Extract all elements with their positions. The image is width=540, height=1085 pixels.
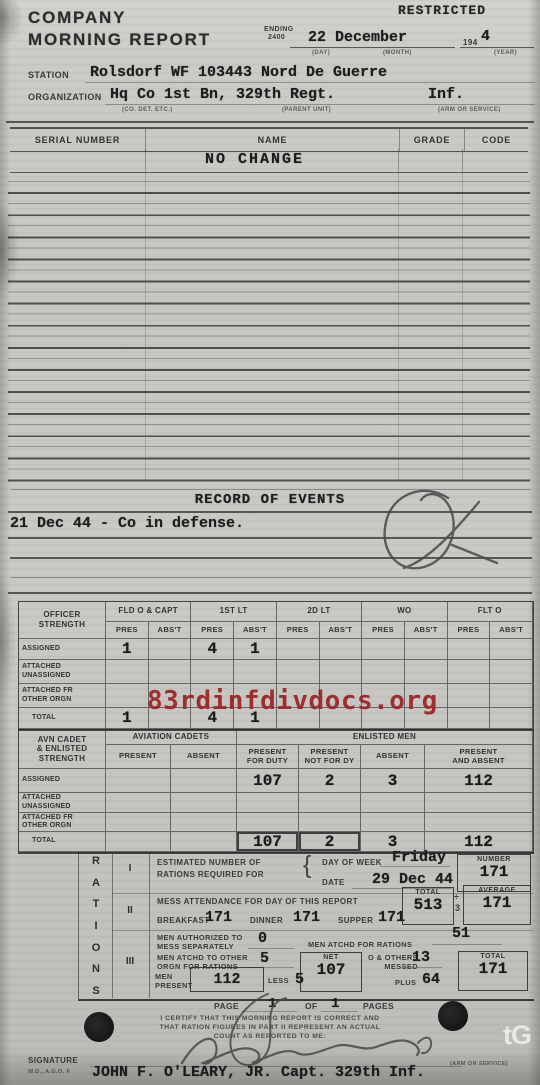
officer-strength-cell (490, 684, 533, 708)
page-number: 1 (268, 996, 276, 1012)
atchd-for-rations-label: MEN ATCHD FOR RATIONS (308, 940, 412, 949)
column-divider (462, 149, 463, 172)
year-rule (460, 47, 534, 48)
organization-rule (105, 104, 535, 105)
estimated-label-2: RATIONS REQUIRED FOR (157, 870, 264, 879)
officer-strength-cell (234, 660, 277, 684)
plus-value: 64 (422, 971, 440, 988)
less-label: LESS (268, 976, 289, 985)
rule-line (10, 577, 532, 578)
officer-strength-header: OFFICER STRENGTH (19, 602, 106, 639)
column-header-code: CODE (465, 129, 528, 151)
net-box: NET 107 (300, 952, 362, 992)
cadet-subcol-header: PRESENT NOT FOR DY (299, 745, 361, 769)
header-separator (6, 121, 534, 123)
divide-sign: ÷ (454, 892, 459, 902)
org-sub-co: (CO. DET. ETC.) (122, 107, 173, 113)
officer-strength-cell (277, 660, 320, 684)
day-of-week-label: DAY OF WEEK (322, 858, 382, 867)
atchd-other-orgn-value: 5 (260, 950, 269, 967)
column-header-name: NAME (146, 129, 400, 151)
column-divider (462, 172, 463, 482)
site-watermark: 83rdinfdivdocs.org (147, 686, 438, 716)
rule-line (10, 557, 532, 559)
part-ii-numeral: II (112, 905, 148, 916)
blank-roster-lines (8, 172, 530, 482)
others-messed-label: O & OTHERS MESSED (368, 953, 418, 972)
officer-strength-cell: 1 (106, 639, 149, 660)
estimated-label-1: ESTIMATED NUMBER OF (157, 858, 261, 867)
cadet-row-label: ATTACHED UNASSIGNED (19, 793, 106, 813)
column-header-grade: GRADE (400, 129, 465, 151)
auth-mess-value: 0 (258, 930, 267, 947)
net-label: NET (323, 953, 339, 961)
cadet-enlisted-cell (171, 769, 237, 793)
officer-group-header: WO (362, 602, 447, 622)
officer-strength-cell (191, 660, 234, 684)
month-sublabel: (MONTH) (383, 50, 412, 56)
side-letter: N (92, 963, 100, 975)
side-letter: O (92, 942, 101, 954)
column-header-serial: SERIAL NUMBER (10, 129, 146, 151)
cadet-row-label: ASSIGNED (19, 769, 106, 793)
side-letter: S (92, 985, 99, 997)
rule-line (10, 489, 530, 490)
officer-strength-cell (320, 639, 363, 660)
officer-strength-cell (405, 660, 448, 684)
restricted-stamp: RESTRICTED (398, 3, 486, 18)
of-label: OF (305, 1001, 318, 1011)
brace-glyph: { (303, 851, 312, 880)
roster-entry: NO CHANGE (205, 151, 304, 168)
officer-subcol-header: PRES (106, 622, 149, 639)
less-value: 5 (295, 971, 304, 988)
column-divider (398, 149, 399, 172)
report-date: 22 December (308, 29, 407, 46)
officer-strength-cell (448, 684, 491, 708)
cadet-enlisted-cell: 2 (299, 832, 361, 852)
enlisted-men-header: ENLISTED MEN (237, 730, 533, 745)
ending-time: 2400 (268, 34, 285, 41)
officer-row-label: TOTAL (19, 708, 106, 729)
cadet-subcol-header: PRESENT FOR DUTY (237, 745, 299, 769)
officer-strength-cell: 4 (191, 639, 234, 660)
punch-hole-left (84, 1012, 114, 1042)
cadet-enlisted-cell (106, 769, 171, 793)
mess-attendance-title: MESS ATTENDANCE FOR DAY OF THIS REPORT (157, 897, 358, 906)
divisor: 3 (455, 903, 460, 913)
form-reference: W.D., A.G.O. F (28, 1069, 70, 1075)
others-messed-value: 13 (412, 949, 430, 966)
cadet-enlisted-cell (299, 793, 361, 813)
officer-group-header: 1ST LT (191, 602, 276, 622)
side-letter: R (92, 855, 100, 867)
cadet-enlisted-cell (106, 832, 171, 852)
officer-group-header: 2D LT (277, 602, 362, 622)
form-title-line2: MORNING REPORT (28, 30, 211, 50)
officer-strength-cell (490, 660, 533, 684)
organization-value: Hq Co 1st Bn, 329th Regt. (110, 86, 335, 103)
rule-line (8, 592, 532, 594)
officer-group-header: FLT O (448, 602, 533, 622)
cadet-subcol-header: ABSENT (171, 745, 237, 769)
men-present-box: 112 (190, 967, 264, 992)
day-sublabel: (DAY) (312, 50, 330, 56)
date-label: DATE (322, 878, 345, 887)
org-sub-parent: (PARENT UNIT) (282, 107, 331, 113)
corner-logo-watermark: tG (503, 1020, 531, 1051)
average-box: AVERAGE 171 (463, 885, 531, 925)
cadet-subcol-header: ABSENT (361, 745, 425, 769)
breakfast-label: BREAKFAST (157, 916, 210, 925)
officer-row-label: ATTACHED UNASSIGNED (19, 660, 106, 684)
ending-label: ENDING (264, 26, 294, 33)
page-label: PAGE (214, 1001, 239, 1011)
average-value: 171 (483, 894, 512, 912)
year-typed: 4 (481, 28, 490, 45)
record-of-events-entry: 21 Dec 44 - Co in defense. (10, 515, 244, 532)
morning-report-document: COMPANY MORNING REPORT RESTRICTED ENDING… (0, 0, 540, 1085)
officer-subcol-header: PRES (191, 622, 234, 639)
officer-strength-cell (149, 639, 192, 660)
men-present-label: MEN PRESENT (155, 972, 193, 991)
officer-strength-cell (362, 660, 405, 684)
officer-subcol-header: ABS'T (320, 622, 363, 639)
cadet-enlisted-table: AVN CADET & ENLISTED STRENGTHAVIATION CA… (18, 729, 534, 854)
officer-subcol-header: ABS'T (234, 622, 277, 639)
officer-subcol-header: ABS'T (490, 622, 533, 639)
cadet-enlisted-cell (361, 793, 425, 813)
pages-number: 1 (331, 996, 339, 1012)
rule-line (8, 511, 532, 513)
officer-strength-cell (448, 708, 491, 729)
rule-line (242, 1011, 297, 1012)
pages-label: PAGES (363, 1001, 394, 1011)
rations-total-label: TOTAL (480, 952, 505, 960)
officer-strength-cell (448, 660, 491, 684)
column-divider (398, 172, 399, 482)
cadet-enlisted-cell (425, 813, 533, 832)
typed-signature-name: JOHN F. O'LEARY, JR. Capt. 329th Inf. (92, 1064, 425, 1081)
breakfast-value: 171 (205, 909, 232, 926)
officer-strength-cell (149, 660, 192, 684)
officer-subcol-header: ABS'T (405, 622, 448, 639)
cadet-enlisted-cell (106, 813, 171, 832)
officer-strength-cell (490, 639, 533, 660)
supper-label: SUPPER (338, 916, 373, 925)
cadet-enlisted-header: AVN CADET & ENLISTED STRENGTH (19, 730, 106, 769)
officer-group-header: FLD O & CAPT (106, 602, 191, 622)
number-label: NUMBER (477, 855, 511, 863)
cadet-enlisted-cell (171, 813, 237, 832)
cadet-enlisted-cell: 107 (237, 769, 299, 793)
punch-hole-right (438, 1001, 468, 1031)
signature-label: SIGNATURE (28, 1056, 78, 1065)
officer-strength-cell (362, 639, 405, 660)
rule-line (248, 948, 294, 949)
officer-subcol-header: PRES (362, 622, 405, 639)
organization-label: ORGANIZATION (28, 92, 102, 102)
average-label: AVERAGE (478, 886, 516, 894)
cadet-enlisted-cell (425, 793, 533, 813)
cadet-enlisted-cell (171, 793, 237, 813)
officer-subcol-header: ABS'T (149, 622, 192, 639)
form-title-line1: COMPANY (28, 8, 126, 28)
events-pen-tail (452, 545, 497, 563)
officer-strength-cell (277, 639, 320, 660)
rations-side-label: R A T I O N S (80, 855, 112, 997)
dinner-value: 171 (293, 909, 320, 926)
cadet-enlisted-cell: 3 (361, 769, 425, 793)
rations-total-box: TOTAL 171 (458, 951, 528, 991)
net-value: 107 (317, 961, 346, 979)
plus-label: PLUS (395, 978, 416, 987)
part-i-numeral: I (112, 863, 148, 874)
officer-strength-cell (405, 639, 448, 660)
auth-mess-label: MEN AUTHORIZED TO MESS SEPARATELY (157, 933, 243, 952)
rule-line (8, 537, 532, 539)
column-divider (145, 172, 146, 482)
roster-entry-row: NO CHANGE (10, 149, 528, 173)
handwritten-signature (182, 1039, 419, 1064)
rule-line (400, 967, 442, 968)
side-letter: I (94, 920, 97, 932)
rations-date-value: 29 Dec 44 (372, 871, 453, 888)
side-letter: T (93, 898, 100, 910)
part-iii-numeral: III (112, 956, 148, 967)
organization-service: Inf. (428, 86, 464, 103)
cadet-enlisted-cell (299, 813, 361, 832)
officer-strength-cell (106, 684, 149, 708)
officer-subcol-header: PRES (277, 622, 320, 639)
date-rule (290, 47, 455, 48)
rule-line (380, 866, 450, 867)
dinner-label: DINNER (250, 916, 283, 925)
aviation-cadets-header: AVIATION CADETS (106, 730, 237, 745)
atchd-for-rations-value: 51 (452, 925, 470, 942)
station-label: STATION (28, 70, 69, 80)
cadet-enlisted-cell (171, 832, 237, 852)
officer-strength-cell (490, 708, 533, 729)
supper-value: 171 (378, 909, 405, 926)
cadet-enlisted-cell (237, 813, 299, 832)
cadet-enlisted-cell (237, 793, 299, 813)
cadet-subcol-header: PRESENT (106, 745, 171, 769)
officer-strength-cell (106, 660, 149, 684)
officer-strength-cell (448, 639, 491, 660)
cadet-enlisted-cell: 107 (237, 832, 299, 852)
cadet-enlisted-cell: 2 (299, 769, 361, 793)
mess-total-box: TOTAL 513 (402, 887, 454, 925)
cadet-enlisted-cell (361, 813, 425, 832)
year-sublabel: (YEAR) (494, 50, 517, 56)
officer-strength-cell: 1 (106, 708, 149, 729)
officer-strength-cell: 1 (234, 639, 277, 660)
arm-service-sublabel: (ARM OR SERVICE) (450, 1061, 508, 1067)
officer-subcol-header: PRES (448, 622, 491, 639)
station-rule (85, 82, 535, 83)
rations-total-value: 171 (479, 960, 508, 978)
number-value: 171 (480, 863, 509, 881)
officer-row-label: ATTACHED FR OTHER ORGN (19, 684, 106, 708)
org-sub-arm: (ARM OR SERVICE) (438, 107, 501, 113)
officer-row-label: ASSIGNED (19, 639, 106, 660)
rule-line (432, 944, 502, 945)
rule-line (320, 1011, 358, 1012)
officer-strength-cell (320, 660, 363, 684)
mess-total-value: 513 (414, 896, 443, 914)
cadet-row-label: TOTAL (19, 832, 106, 852)
side-letter: A (92, 877, 100, 889)
record-of-events-title: RECORD OF EVENTS (0, 492, 540, 508)
cadet-row-label: ATTACHED FR OTHER ORGN (19, 813, 106, 832)
men-present-value: 112 (213, 971, 240, 988)
cadet-subcol-header: PRESENT AND ABSENT (425, 745, 533, 769)
certification-line3: COUNT AS REPORTED TO ME: (0, 1033, 540, 1040)
cadet-enlisted-cell (106, 793, 171, 813)
day-of-week-value: Friday (392, 849, 446, 866)
station-value: Rolsdorf WF 103443 Nord De Guerre (90, 64, 387, 81)
column-divider (145, 149, 146, 172)
year-printed: 194 (463, 38, 478, 47)
cadet-enlisted-cell: 112 (425, 769, 533, 793)
mess-total-label: TOTAL (415, 888, 440, 896)
